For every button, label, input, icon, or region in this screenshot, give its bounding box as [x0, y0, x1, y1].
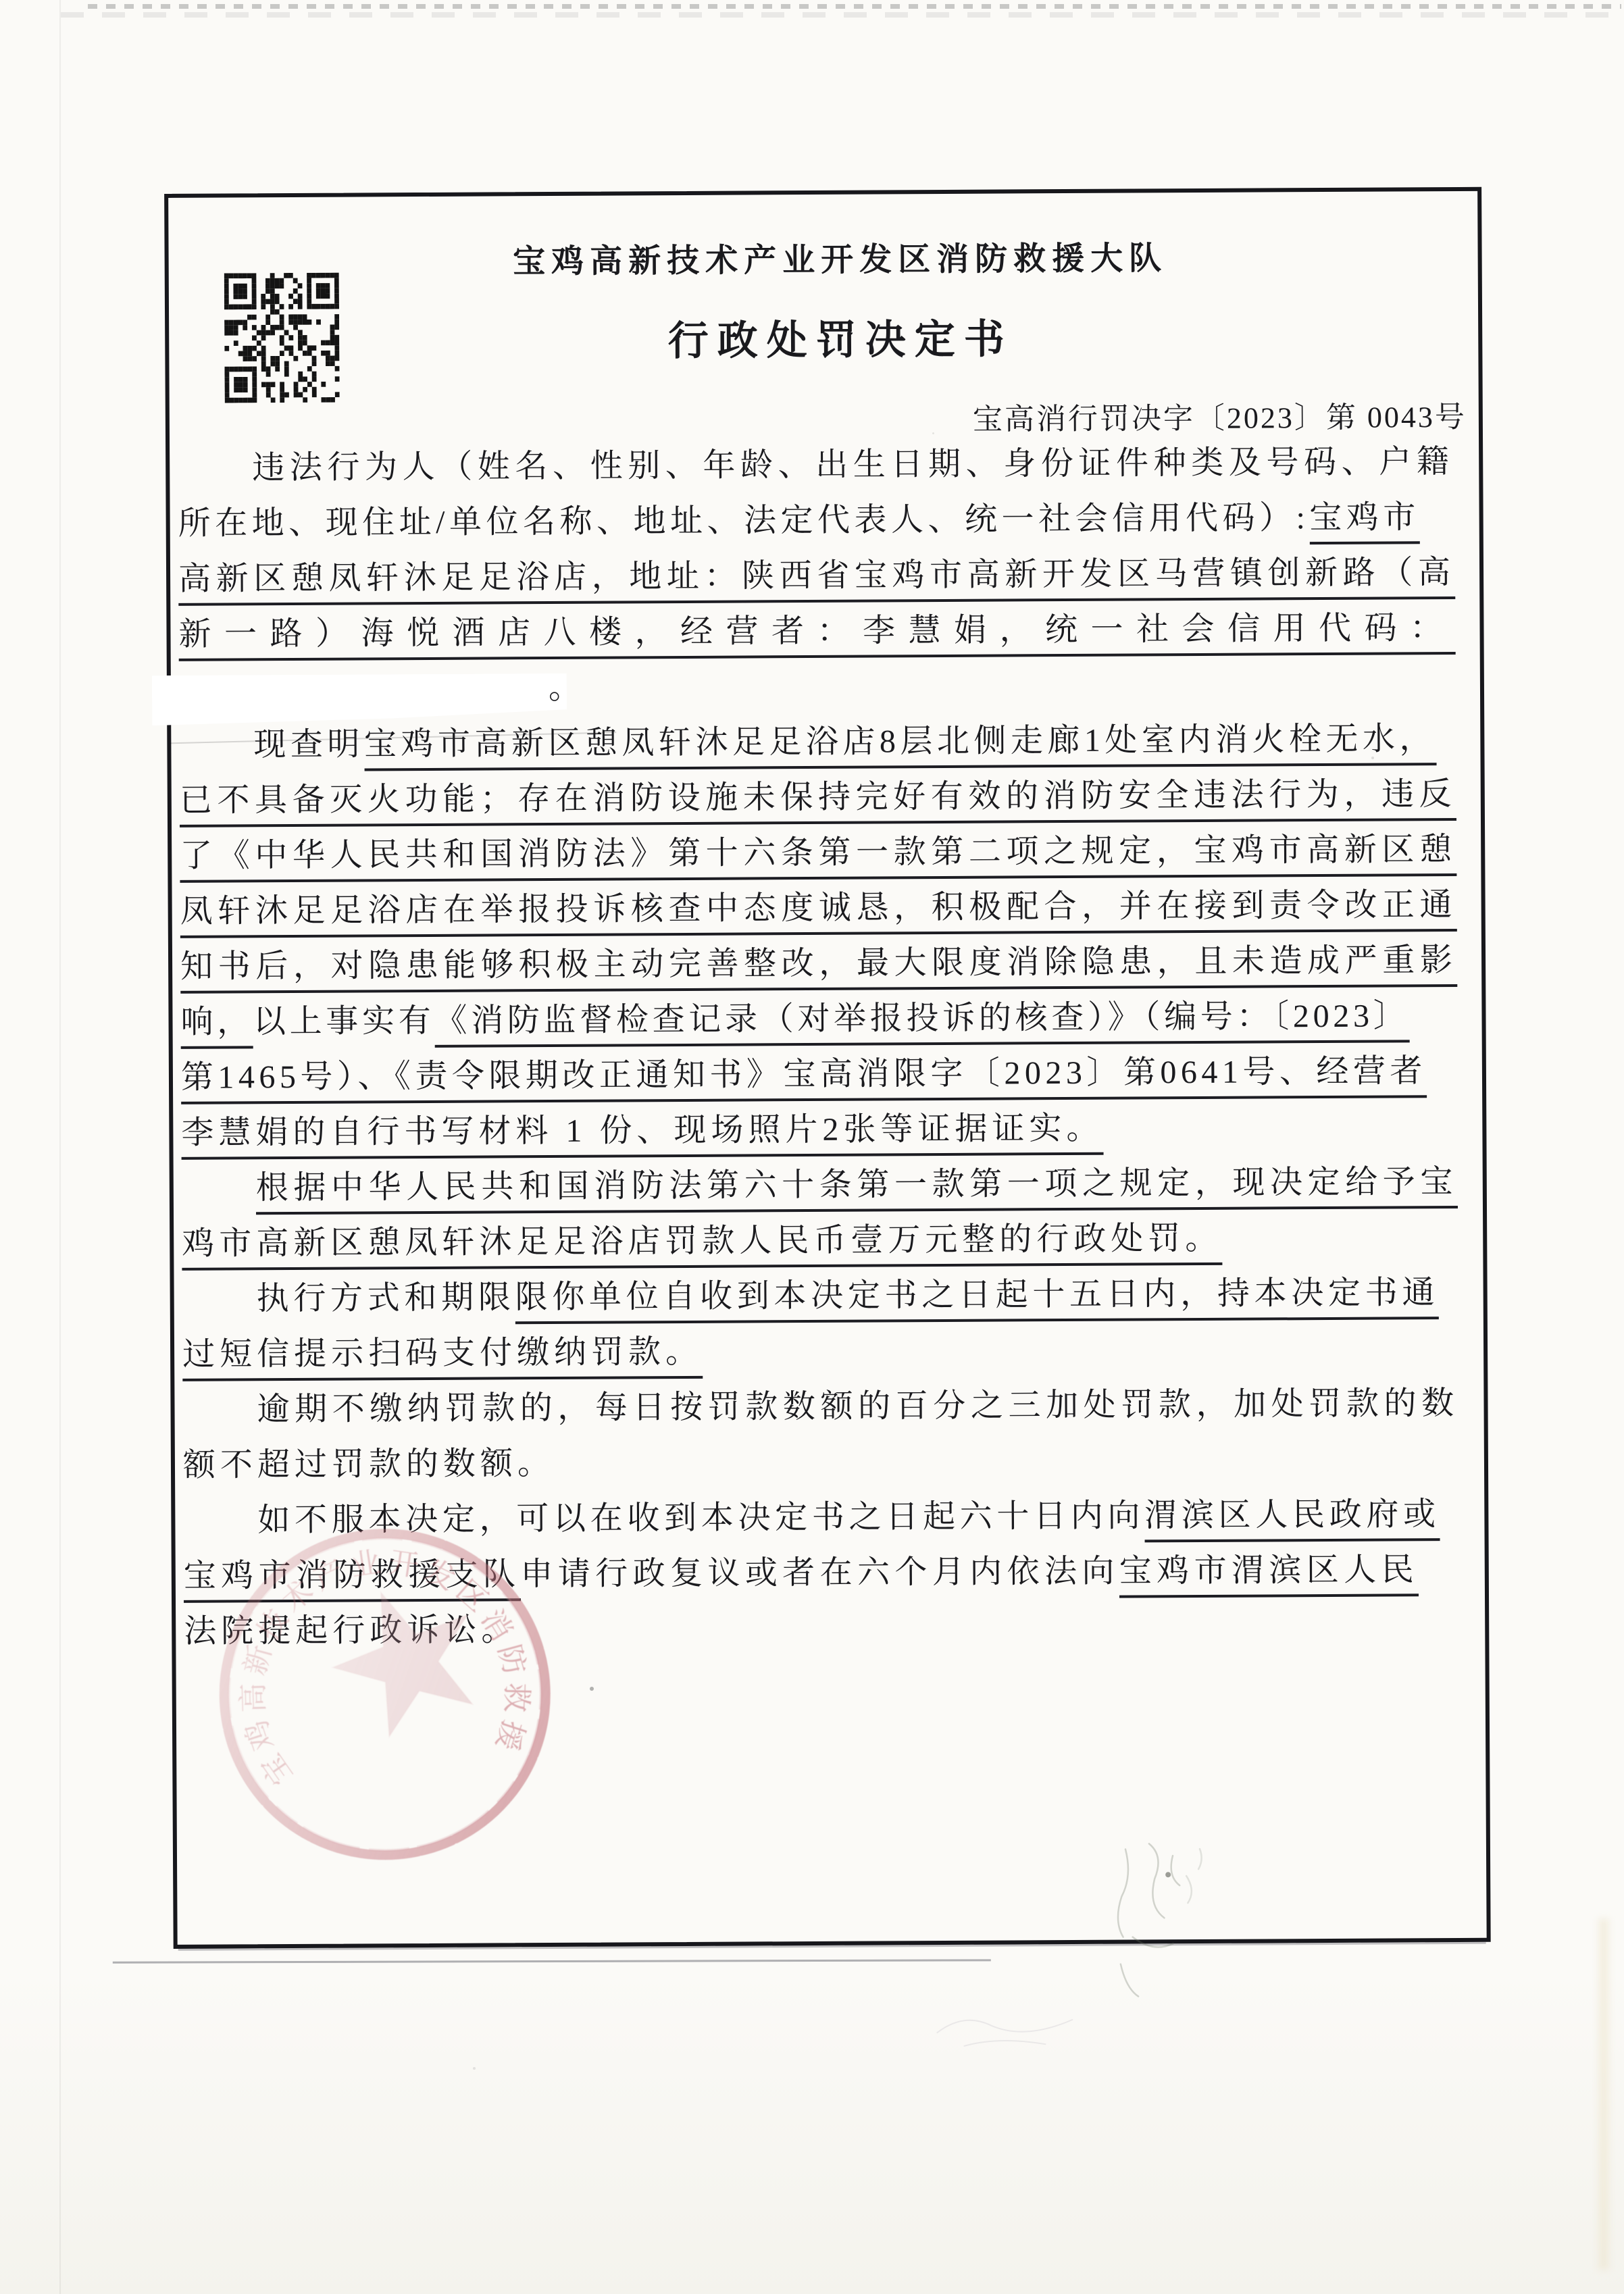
- body-line: 逾期不缴纳罚款的，每日按罚款数额的百分之三加处罚款，加处罚款的数: [182, 1376, 1459, 1438]
- pencil-scribble: [1085, 1835, 1316, 2039]
- text-segment: 。: [549, 668, 586, 709]
- text-segment: 现查明: [253, 724, 364, 765]
- underlined-segment: 知书后，对隐患能够积极主动完善整改，最大限度消除隐患，且未造成严重影: [180, 940, 1458, 994]
- body-line: 现查明 宝鸡市高新区憩凤轩沐足足浴店8层北侧走廊1处室内消火栓无水，: [179, 711, 1456, 773]
- body-line: 新一路）海悦酒店八楼，经营者：李慧娟，统一社会信用代码：: [178, 601, 1455, 663]
- text-segment: 所在地、现住址/单位名称、地址、法定代表人、统一社会信用代码）:: [178, 498, 1310, 544]
- body-line: 过短信提示扫码支付缴纳罚款。: [182, 1321, 1459, 1383]
- body-line: 高新区憩凤轩沐足足浴店，地址：陕西省宝鸡市高新开发区马营镇创新路（高: [178, 545, 1455, 607]
- underlined-segment: 了《中华人民共和国消防法》第十六条第一款第二项之规定，宝鸡市高新区憩: [180, 830, 1457, 883]
- underlined-segment: 宝鸡市渭滨区人民: [1119, 1550, 1419, 1598]
- underlined-segment: 根据中华人民共和国消防法第六十条第一款第一项之规定，现决定给予宝: [256, 1162, 1458, 1215]
- underlined-segment: 凤轩沐足足浴店在举报投诉核查中态度诚恳，积极配合，并在接到责令改正通: [180, 885, 1458, 938]
- body-line: 凤轩沐足足浴店在举报投诉核查中态度诚恳，积极配合，并在接到责令改正通: [180, 877, 1456, 940]
- body-line: 违法行为人（姓名、性别、年龄、出生日期、身份证件种类及号码、户籍: [178, 434, 1454, 496]
- underlined-segment: 响，: [180, 1002, 253, 1049]
- underlined-segment: 过短信提示扫码支付缴纳罚款。: [182, 1332, 703, 1381]
- text-segment: 额不超过罚款的数额。: [183, 1444, 555, 1486]
- issuing-authority-title: 宝鸡高新技术产业开发区消防救援大队: [171, 230, 1508, 284]
- underlined-segment: 渭滨区人民政府或: [1144, 1494, 1440, 1542]
- text-segment: 执行方式和期限: [257, 1277, 515, 1319]
- body-line: 执行方式和期限 限你单位自收到本决定书之日起十五日内，持本决定书通: [182, 1265, 1458, 1327]
- document-title: 行政处罚决定书: [172, 305, 1509, 369]
- scanned-page: { "header": { "org_title": "宝鸡高新技术产业开发区消…: [0, 0, 1624, 2294]
- body-line: 响，以上事实有《消防监督检查记录（对举报投诉的核查）》（编号：〔2023〕: [180, 988, 1457, 1050]
- body-line: 根据中华人民共和国消防法第六十条第一款第一项之规定，现决定给予宝: [182, 1154, 1458, 1217]
- underlined-segment: 鸡市高新区憩凤轩沐足足浴店罚款人民币壹万元整的行政处罚。: [182, 1219, 1222, 1271]
- body-line: 额不超过罚款的数额。: [183, 1431, 1460, 1494]
- underlined-segment: 第1465号）、《责令限期改正通知书》宝高消限字〔2023〕第0641号、经营者: [181, 1051, 1427, 1104]
- document-sheet: 宝鸡高新技术产业开发区消防救援大队 行政处罚决定书 宝高消行罚决字〔2023〕第…: [0, 0, 1624, 2294]
- text-segment: 申请行政复议或者在六个月内依法向: [520, 1552, 1119, 1596]
- text-segment: 以上事实有: [253, 1001, 435, 1042]
- body-line: 鸡市高新区憩凤轩沐足足浴店罚款人民币壹万元整的行政处罚。: [182, 1210, 1458, 1272]
- body-line: 。: [179, 656, 1456, 718]
- underlined-segment: 限你单位自收到本决定书之日起十五日内，持本决定书通: [515, 1273, 1439, 1324]
- underlined-segment: 宝鸡市高新区憩凤轩沐足足浴店8层北侧走廊1处室内消火栓无水，: [364, 719, 1436, 771]
- body-line: 已不具备灭火功能；存在消防设施未保持完好有效的消防安全违法行为，违反: [180, 767, 1456, 829]
- underlined-segment: 已不具备灭火功能；存在消防设施未保持完好有效的消防安全违法行为，违反: [180, 774, 1457, 827]
- text-segment: 逾期不缴纳罚款的，每日按罚款数额的百分之三加处罚款，加处罚款的数: [257, 1383, 1458, 1430]
- pencil-scribble: [923, 1978, 1100, 2060]
- document-number: 宝高消行罚决字〔2023〕第 0043号: [672, 392, 1467, 440]
- underlined-segment: 《消防监督检查记录（对举报投诉的核查）》（编号：〔2023〕: [434, 996, 1409, 1048]
- body-text: 违法行为人（姓名、性别、年龄、出生日期、身份证件种类及号码、户籍所在地、现住址/…: [178, 434, 1461, 1660]
- scan-double-line: [113, 1959, 991, 1963]
- body-line: 第1465号）、《责令限期改正通知书》宝高消限字〔2023〕第0641号、经营者: [181, 1044, 1458, 1106]
- official-stamp: 宝鸡高新技术产业开发区消防救援大队: [208, 1518, 561, 1871]
- body-line: 了《中华人民共和国消防法》第十六条第一款第二项之规定，宝鸡市高新区憩: [180, 822, 1456, 884]
- underlined-segment: 高新区憩凤轩沐足足浴店，地址：陕西省宝鸡市高新开发区马营镇创新路（高: [178, 553, 1456, 606]
- underlined-segment: 新一路）海悦酒店八楼，经营者：李慧娟，统一社会信用代码：: [178, 608, 1455, 661]
- body-line: 所在地、现住址/单位名称、地址、法定代表人、统一社会信用代码）: 宝鸡市: [178, 490, 1454, 552]
- body-line: 李慧娟的自行书写材料 1 份、现场照片2张等证据证实。: [181, 1099, 1458, 1161]
- underlined-segment: 宝鸡市: [1309, 497, 1420, 544]
- underlined-segment: 李慧娟的自行书写材料 1 份、现场照片2张等证据证实。: [181, 1108, 1103, 1160]
- text-segment: 违法行为人（姓名、性别、年龄、出生日期、身份证件种类及号码、户籍: [252, 442, 1454, 488]
- body-line: 知书后，对隐患能够积极主动完善整改，最大限度消除隐患，且未造成严重影: [180, 933, 1457, 995]
